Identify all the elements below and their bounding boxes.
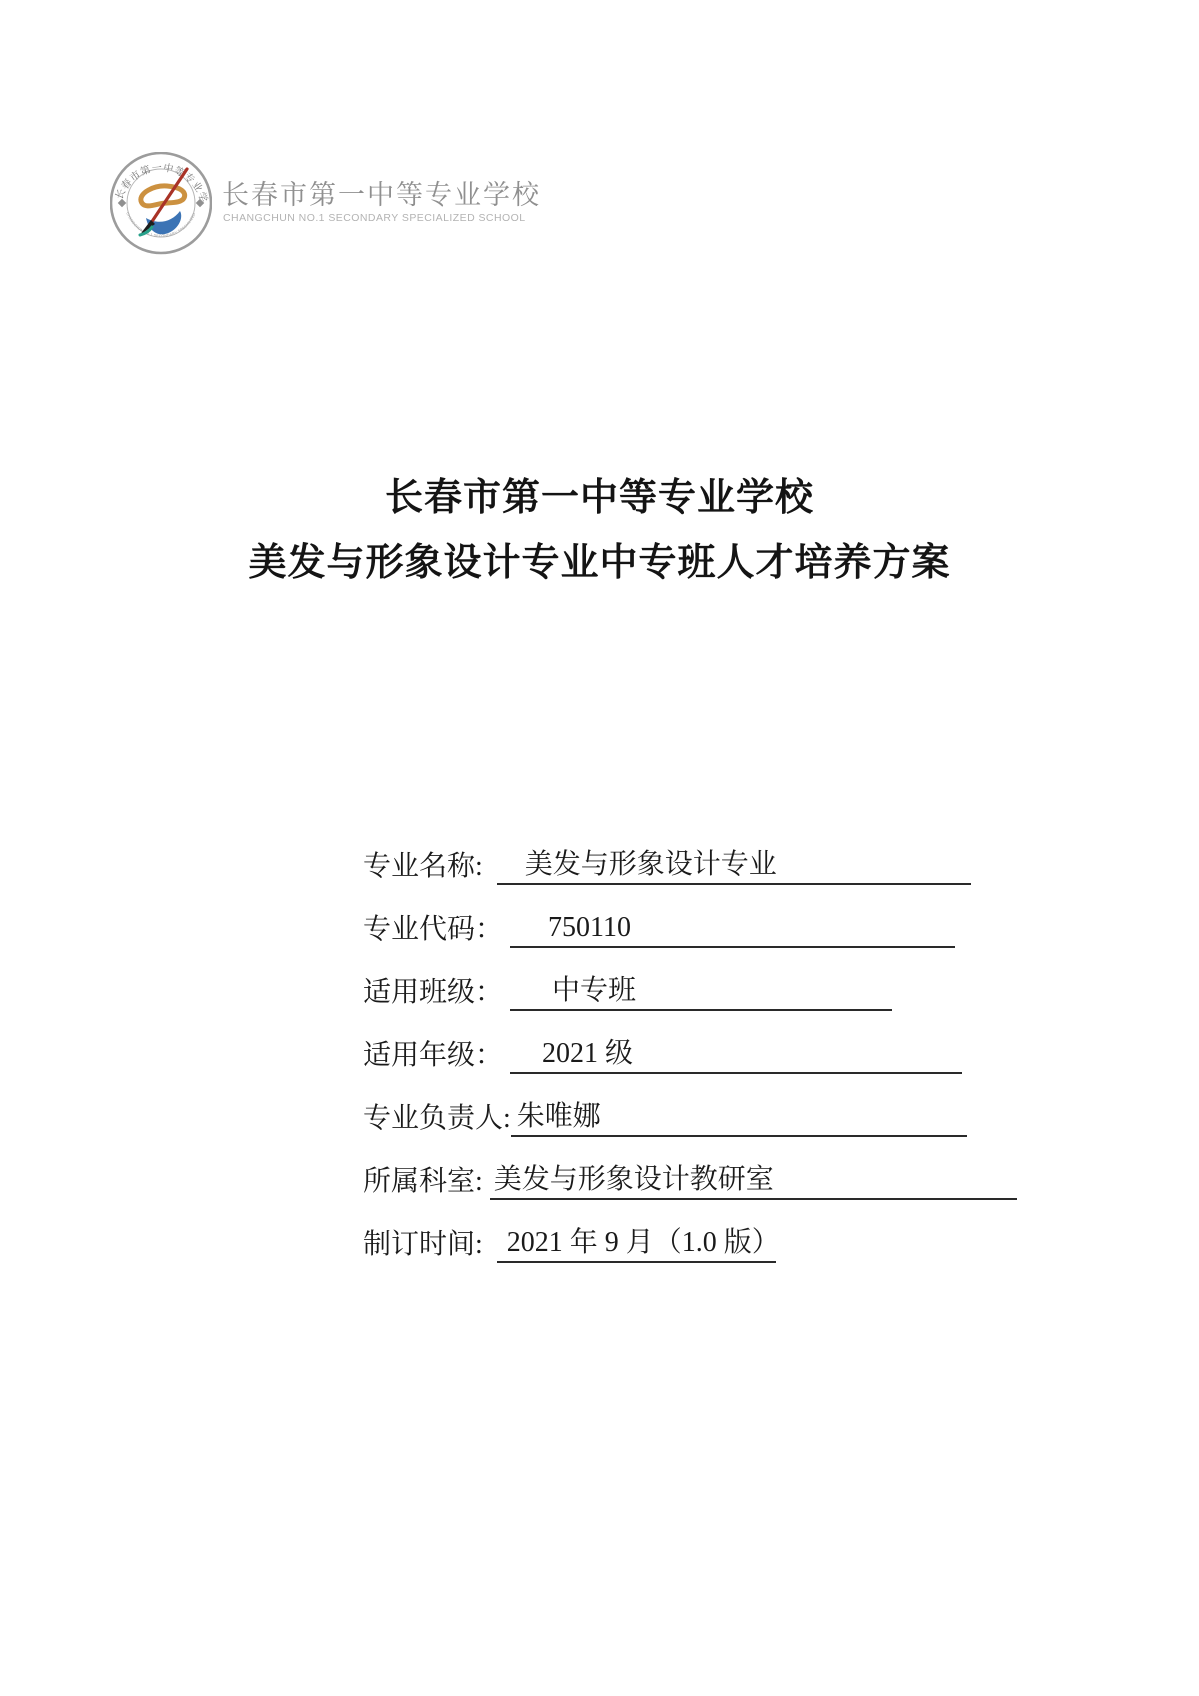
document-title-line2: 美发与形象设计专业中专班人才培养方案 bbox=[0, 531, 1199, 596]
form-row-major-leader: 专业负责人:朱唯娜 bbox=[363, 1074, 1017, 1137]
field-label: 适用班级： bbox=[363, 975, 510, 1011]
field-label: 制订时间: bbox=[363, 1227, 497, 1263]
field-value: 2021 年 9 月（1.0 版） bbox=[497, 1225, 776, 1263]
form-row-formulation-time: 制订时间: 2021 年 9 月（1.0 版） bbox=[363, 1200, 1017, 1263]
form-row-applicable-class: 适用班级： 中专班 bbox=[363, 948, 1017, 1011]
field-value: 750110 bbox=[510, 910, 955, 948]
field-value: 朱唯娜 bbox=[511, 1099, 967, 1137]
form-row-major-name: 专业名称: 美发与形象设计专业 bbox=[363, 822, 1017, 885]
school-badge-icon: 长春市第一中等专业学校 CHANGCHUN NO.1 SECONDARY SPE… bbox=[110, 152, 212, 255]
form-row-major-code: 专业代码： 750110 bbox=[363, 885, 1017, 948]
field-label: 所属科室: bbox=[363, 1164, 490, 1200]
field-value: 中专班 bbox=[510, 973, 892, 1011]
field-label: 专业名称: bbox=[363, 849, 497, 885]
field-value: 美发与形象设计教研室 bbox=[490, 1162, 1017, 1200]
field-value: 2021 级 bbox=[510, 1036, 962, 1074]
field-label: 适用年级： bbox=[363, 1038, 510, 1074]
form-row-applicable-grade: 适用年级： 2021 级 bbox=[363, 1011, 1017, 1074]
field-label: 专业代码： bbox=[363, 912, 510, 948]
document-cover-page: 长春市第一中等专业学校 CHANGCHUN NO.1 SECONDARY SPE… bbox=[0, 0, 1199, 1696]
school-name-en: CHANGCHUN NO.1 SECONDARY SPECIALIZED SCH… bbox=[223, 212, 526, 225]
document-title: 长春市第一中等专业学校 美发与形象设计专业中专班人才培养方案 bbox=[0, 466, 1199, 596]
cover-form: 专业名称: 美发与形象设计专业 专业代码： 750110 适用班级： 中专班 适… bbox=[363, 822, 1017, 1263]
document-title-line1: 长春市第一中等专业学校 bbox=[0, 466, 1199, 531]
form-row-department: 所属科室: 美发与形象设计教研室 bbox=[363, 1137, 1017, 1200]
field-value: 美发与形象设计专业 bbox=[497, 847, 971, 885]
school-name-cn: 长春市第一中等专业学校 bbox=[222, 180, 541, 210]
field-label: 专业负责人: bbox=[363, 1101, 511, 1137]
